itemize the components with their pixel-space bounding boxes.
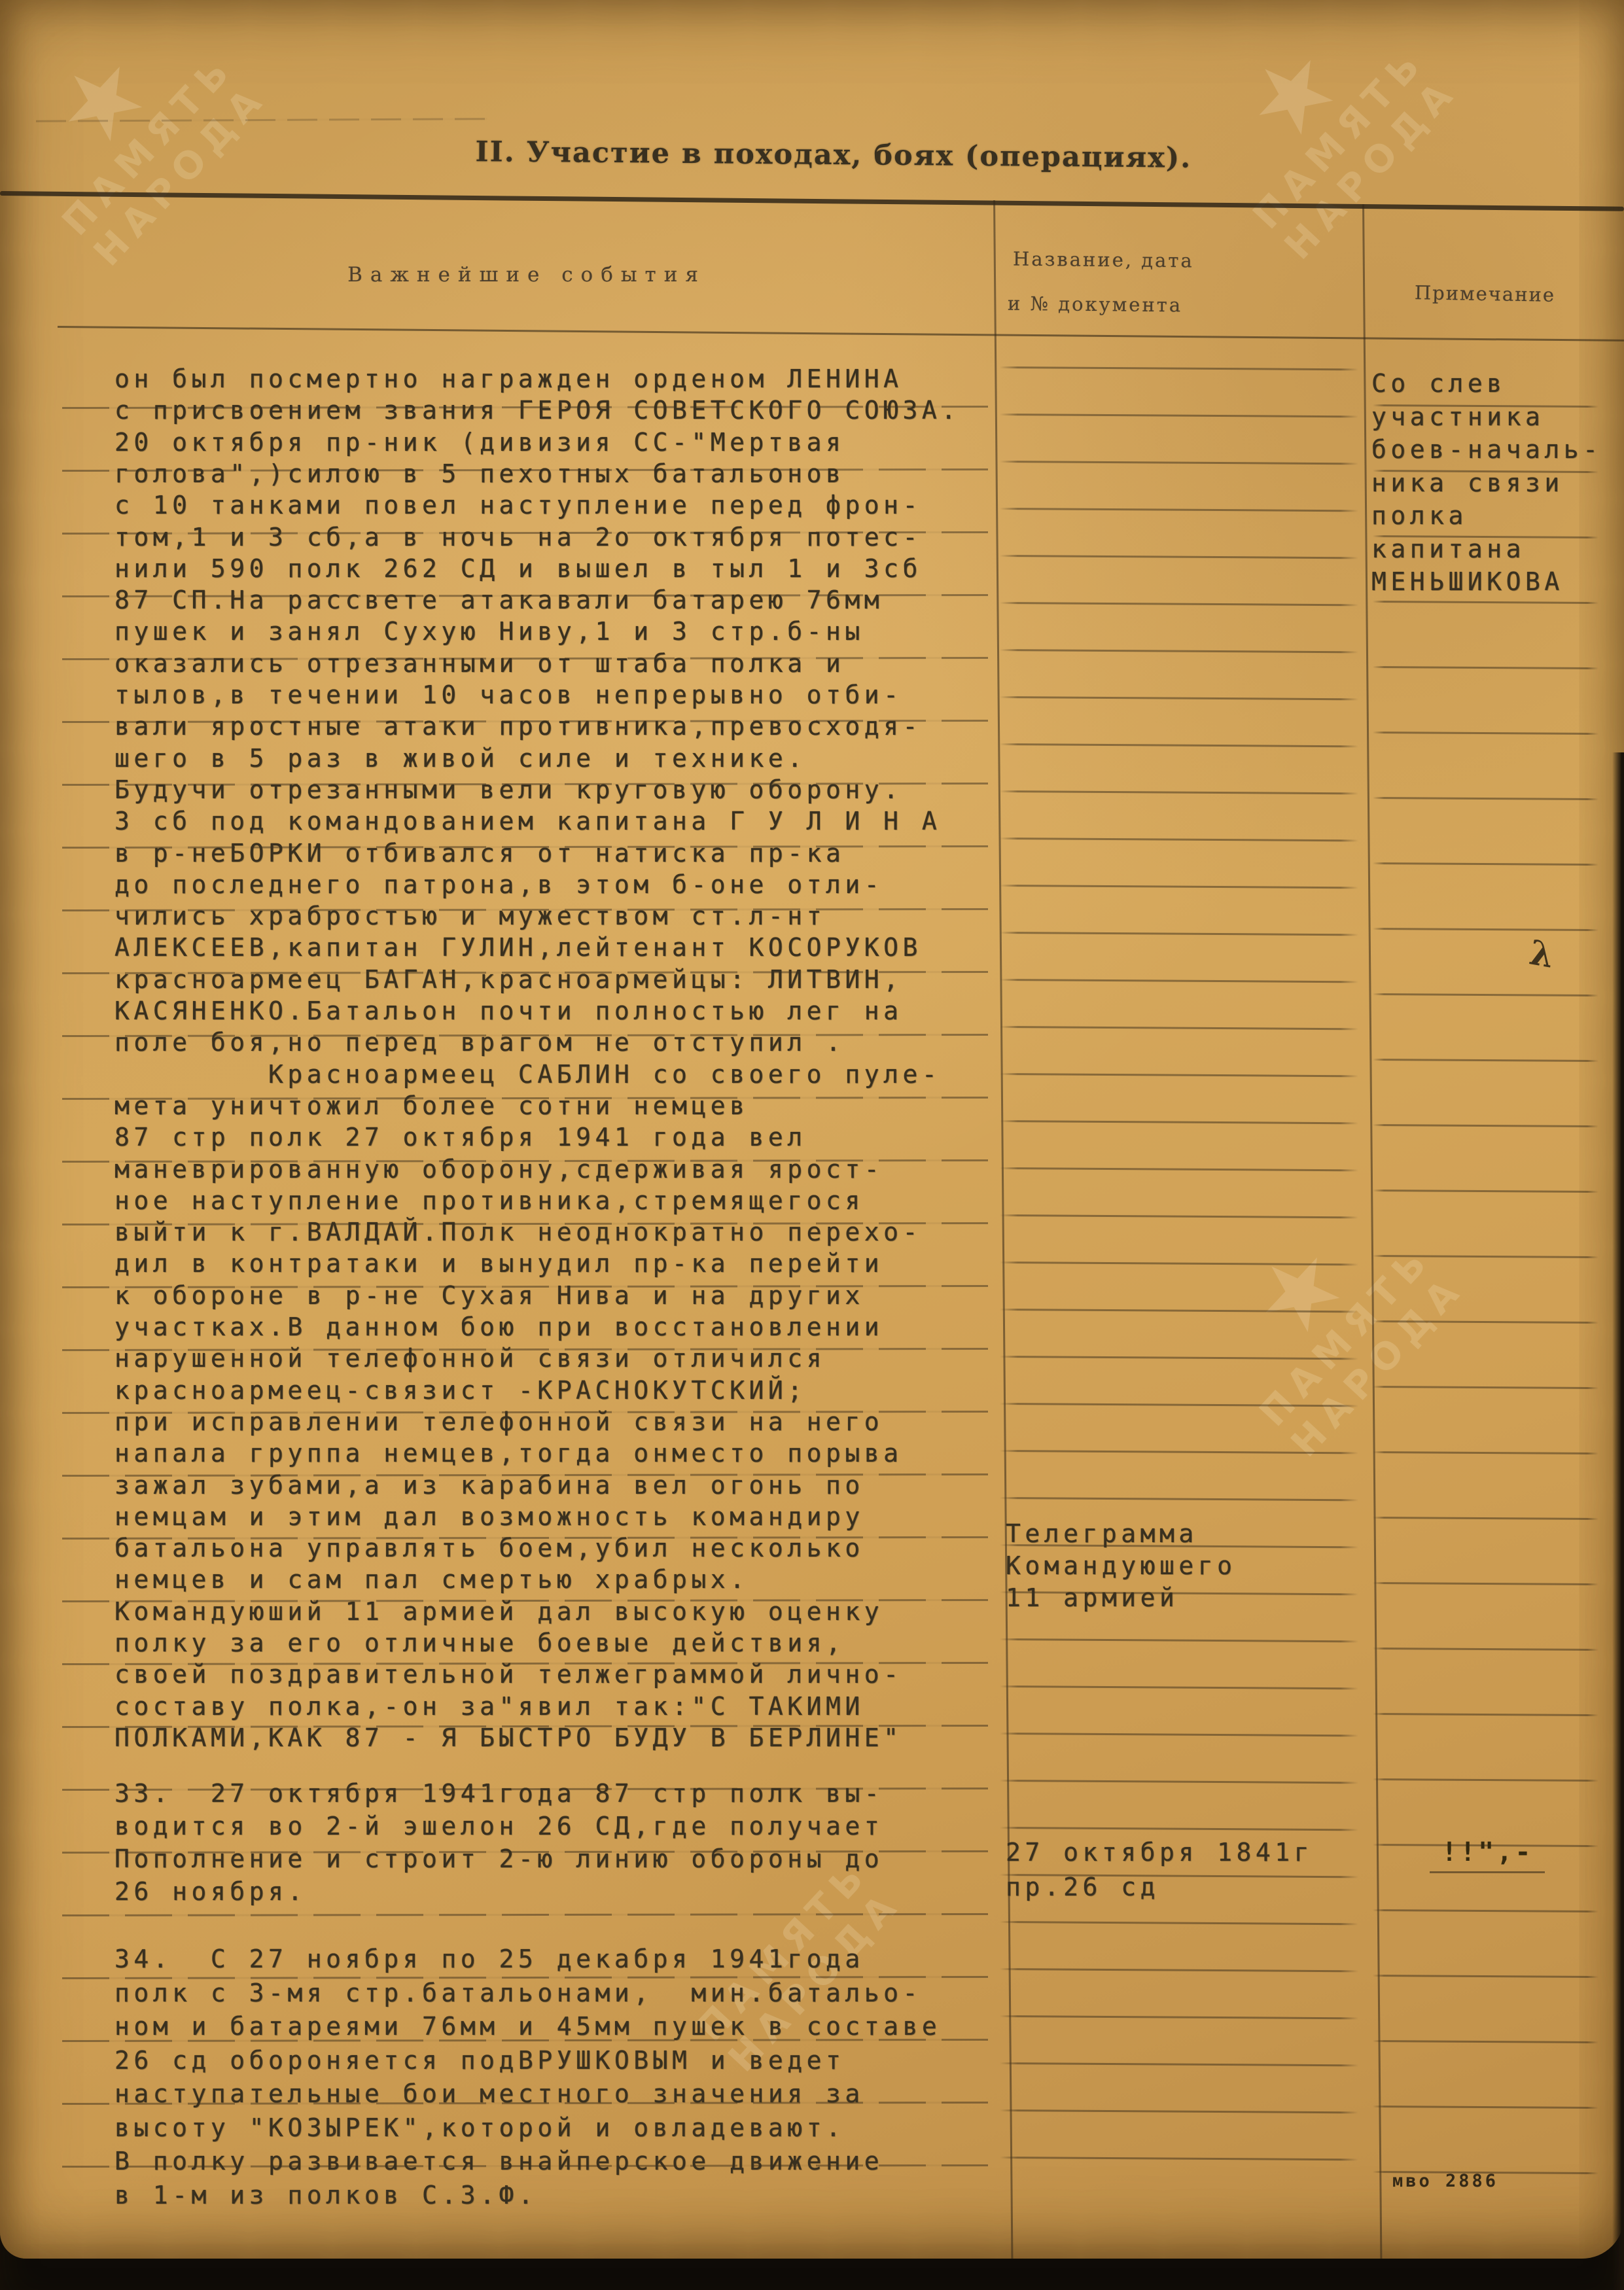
ditto-mark: !!",- [1430,1837,1545,1873]
typed-line: Со слев [1371,371,1506,396]
typed-line: полка [1371,503,1468,528]
scanned-document-page: ★ ПАМЯТЬ НАРОДА ★ ПАМЯТЬ НАРОДА ★ ПАМЯТЬ… [0,0,1624,2290]
typed-line: МЕНЬШИКОВА [1371,569,1564,594]
typed-line: ника связи [1371,470,1564,495]
note-column-source: Со слевучастникабоев-началь-ника связипо… [0,0,1624,2290]
typed-line: капитана [1371,537,1525,561]
typed-line: боев-началь- [1371,437,1602,462]
form-number-stamp: мво 2886 [1392,2171,1498,2191]
typed-line: участника [1371,404,1544,429]
